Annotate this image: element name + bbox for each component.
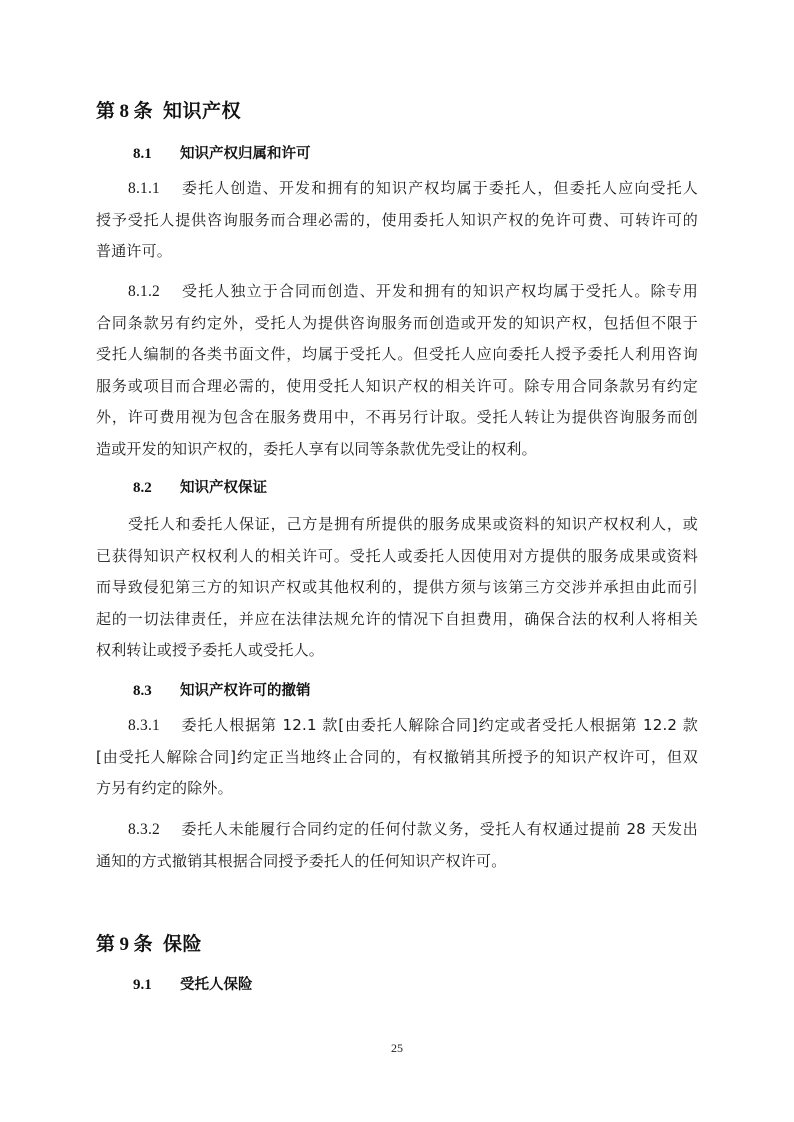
clause-line: 授予受托人提供咨询服务而合理必需的，使用委托人知识产权的免许可费、可转许可的 <box>96 205 698 237</box>
clause-line: 8.1.2受托人独立于合同而创造、开发和拥有的知识产权均属于受托人。除专用 <box>96 276 698 308</box>
section-8-2-body: 受托人和委托人保证，己方是拥有所提供的服务成果或资料的知识产权权利人，或 已获得… <box>96 509 698 667</box>
clause-8-3-1-number: 8.3.1 <box>128 710 181 742</box>
clause-8-3-1: 8.3.1委托人根据第 12.1 款[由委托人解除合同]约定或者受托人根据第 1… <box>96 710 698 805</box>
section-8-1-number: 8.1 <box>133 146 180 163</box>
section-8-3-number: 8.3 <box>133 683 180 700</box>
section-8-2-number: 8.2 <box>133 480 180 497</box>
section-8-3-heading: 8.3知识产权许可的撤销 <box>133 679 311 700</box>
clause-8-3-2-number: 8.3.2 <box>128 814 181 846</box>
section-8-3-title: 知识产权许可的撤销 <box>180 683 311 699</box>
section-9-1-number: 9.1 <box>133 977 180 994</box>
clause-8-3-2: 8.3.2委托人未能履行合同约定的任何付款义务，受托人有权通过提前 28 天发出… <box>96 814 698 877</box>
clause-8-1-2-number: 8.1.2 <box>128 276 181 308</box>
clause-line: 8.3.2委托人未能履行合同约定的任何付款义务，受托人有权通过提前 28 天发出 <box>96 814 698 846</box>
clause-line: 方另有约定的除外。 <box>96 773 698 805</box>
document-page: 第8条知识产权 8.1知识产权归属和许可 8.1.1委托人创造、开发和拥有的知识… <box>0 0 794 1122</box>
clause-line: 服务或项目而合理必需的，使用受托人知识产权的相关许可。除专用合同条款另有约定 <box>96 371 698 403</box>
section-8-2-heading: 8.2知识产权保证 <box>133 476 267 497</box>
clause-line: 8.1.1委托人创造、开发和拥有的知识产权均属于委托人，但委托人应向受托人 <box>96 173 698 205</box>
section-8-1-title: 知识产权归属和许可 <box>180 146 311 162</box>
clause-line: [由受托人解除合同]约定正当地终止合同的，有权撤销其所授予的知识产权许可，但双 <box>96 742 698 774</box>
article-8-prefix: 第 <box>96 100 116 122</box>
clause-line: 通知的方式撤销其根据合同授予委托人的任何知识产权许可。 <box>96 846 698 878</box>
page-number: 25 <box>0 1041 794 1056</box>
clause-8-1-2: 8.1.2受托人独立于合同而创造、开发和拥有的知识产权均属于受托人。除专用 合同… <box>96 276 698 465</box>
article-9-prefix: 第 <box>96 933 116 955</box>
section-9-1-title: 受托人保险 <box>180 977 253 993</box>
body-line: 而导致侵犯第三方的知识产权或其他权利的，提供方须与该第三方交涉并承担由此而引 <box>96 572 698 604</box>
clause-8-1-1-number: 8.1.1 <box>128 173 181 205</box>
article-9-title: 保险 <box>163 933 202 955</box>
body-line: 受托人和委托人保证，己方是拥有所提供的服务成果或资料的知识产权权利人，或 <box>96 509 698 541</box>
section-8-2-title: 知识产权保证 <box>180 480 267 496</box>
clause-8-1-1: 8.1.1委托人创造、开发和拥有的知识产权均属于委托人，但委托人应向受托人 授予… <box>96 173 698 268</box>
body-line: 起的一切法律责任，并应在法律法规允许的情况下自担费用，确保合法的权利人将相关 <box>96 604 698 636</box>
clause-line: 受托人编制的各类书面文件，均属于受托人。但受托人应向委托人授予委托人利用咨询 <box>96 339 698 371</box>
clause-line: 普通许可。 <box>96 236 698 268</box>
article-9-heading: 第9条保险 <box>96 929 202 956</box>
clause-line: 造或开发的知识产权的，委托人享有以同等条款优先受让的权利。 <box>96 434 698 466</box>
article-8-suffix: 条 <box>134 100 154 122</box>
section-8-1-heading: 8.1知识产权归属和许可 <box>133 142 311 163</box>
article-9-suffix: 条 <box>134 933 154 955</box>
section-9-1-heading: 9.1受托人保险 <box>133 973 253 994</box>
article-8-title: 知识产权 <box>163 100 241 122</box>
article-8-number: 8 <box>120 101 130 122</box>
clause-line: 合同条款另有约定外，受托人为提供咨询服务而创造或开发的知识产权，包括但不限于 <box>96 308 698 340</box>
clause-line: 8.3.1委托人根据第 12.1 款[由委托人解除合同]约定或者受托人根据第 1… <box>96 710 698 742</box>
clause-line: 外，许可费用视为包含在服务费用中，不再另行计取。受托人转让为提供咨询服务而创 <box>96 402 698 434</box>
article-9-number: 9 <box>120 934 130 955</box>
body-line: 权利转让或授予委托人或受托人。 <box>96 635 698 667</box>
article-8-heading: 第8条知识产权 <box>96 96 241 123</box>
body-line: 已获得知识产权权利人的相关许可。受托人或委托人因使用对方提供的服务成果或资料 <box>96 541 698 573</box>
